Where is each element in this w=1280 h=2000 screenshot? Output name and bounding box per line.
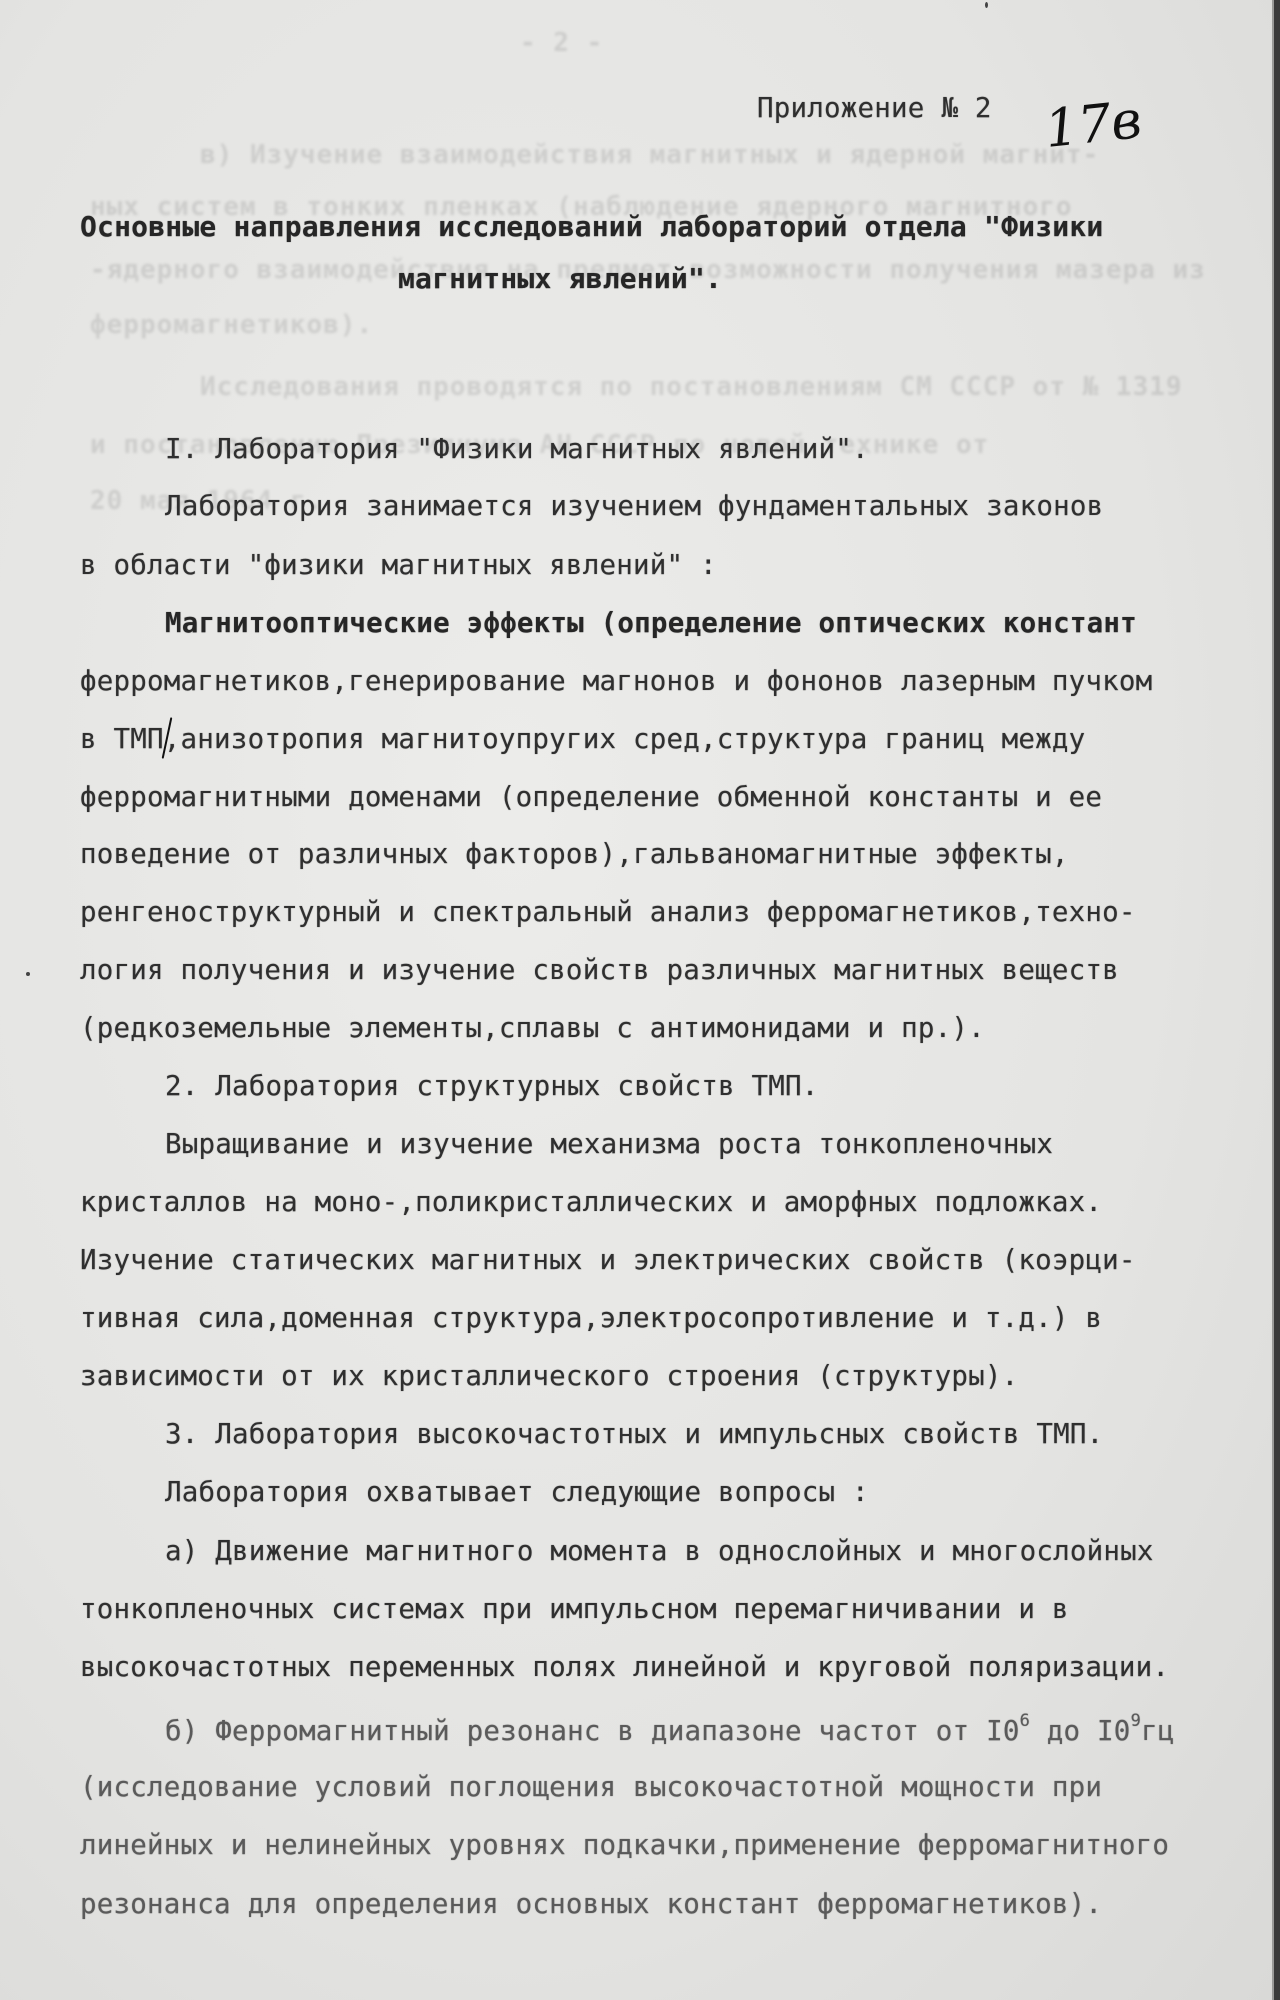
section-3-line: (исследование условий поглощения высокоч…	[80, 1771, 1102, 1803]
section-1-line: в области "физики магнитных явлений" :	[80, 549, 717, 581]
section-1-line: в ТМП,анизотропия магнитоупругих сред,ст…	[80, 723, 1085, 755]
section-3-line: резонанса для определения основных конст…	[80, 1888, 1102, 1920]
document-title-line-2: магнитных явлений".	[398, 262, 722, 295]
section-3-line: линейных и нелинейных уровнях подкачки,п…	[80, 1829, 1169, 1861]
section-2-line: тивная сила,доменная структура,электросо…	[80, 1302, 1102, 1334]
section-1-line: (редкоземельные элементы,сплавы с антимо…	[80, 1012, 985, 1044]
ink-speck	[26, 972, 30, 976]
document-title-line-1: Основные направления исследований лабора…	[80, 210, 1103, 243]
section-3-line: Лаборатория охватывает следующие вопросы…	[165, 1476, 869, 1508]
section-1-heading: I. Лаборатория "Физики магнитных явлений…	[165, 433, 869, 465]
freq-middle: до I0	[1030, 1715, 1131, 1747]
section-3-line: тонкопленочных системах при импульсном п…	[80, 1593, 1069, 1625]
section-3-heading: 3. Лаборатория высокочастотных и импульс…	[165, 1418, 1103, 1450]
section-1-line: Лаборатория занимается изучением фундаме…	[165, 490, 1103, 522]
section-1-line: логия получения и изучение свойств разли…	[80, 954, 1119, 986]
section-2-line: зависимости от их кристаллического строе…	[80, 1360, 1018, 1392]
freq-suffix: гц	[1141, 1715, 1175, 1747]
section-3-line: высокочастотных переменных полях линейно…	[80, 1651, 1169, 1683]
handwritten-page-number: 17в	[1042, 90, 1144, 160]
bleed-through-line: Исследования проводятся по постановления…	[200, 372, 1183, 402]
section-3-line: а) Движение магнитного момента в односло…	[165, 1535, 1154, 1567]
section-1-line: Магнитооптические эффекты (определение о…	[165, 607, 1137, 639]
section-2-heading: 2. Лаборатория структурных свойств ТМП.	[165, 1070, 819, 1102]
bleed-through-line: в) Изучение взаимодействия магнитных и я…	[200, 140, 1099, 170]
section-3-freq-line: б) Ферромагнитный резонанс в диапазоне ч…	[165, 1711, 1175, 1747]
ink-speck	[985, 2, 988, 8]
freq-exp-high: 9	[1131, 1711, 1141, 1731]
section-1-line: ренгеноструктурный и спектральный анализ…	[80, 896, 1136, 928]
section-2-line: Изучение статических магнитных и электри…	[80, 1244, 1136, 1276]
bleed-through-line: ферромагнетиков).	[90, 310, 373, 340]
section-1-line: ферромагнитными доменами (определение об…	[80, 781, 1102, 813]
section-1-line: ферромагнетиков,генерирование магнонов и…	[80, 665, 1152, 697]
section-2-line: Выращивание и изучение механизма роста т…	[165, 1128, 1053, 1160]
section-2-line: кристаллов на моно-,поликристаллических …	[80, 1186, 1102, 1218]
freq-exp-low: 6	[1020, 1711, 1030, 1731]
freq-prefix: б) Ферромагнитный резонанс в диапазоне ч…	[165, 1715, 1020, 1747]
section-1-line: поведение от различных факторов),гальван…	[80, 838, 1069, 870]
bleed-through-header: - 2 -	[520, 28, 603, 58]
appendix-label: Приложение № 2	[757, 92, 992, 124]
document-page: - 2 - в) Изучение взаимодействия магнитн…	[0, 0, 1274, 2000]
